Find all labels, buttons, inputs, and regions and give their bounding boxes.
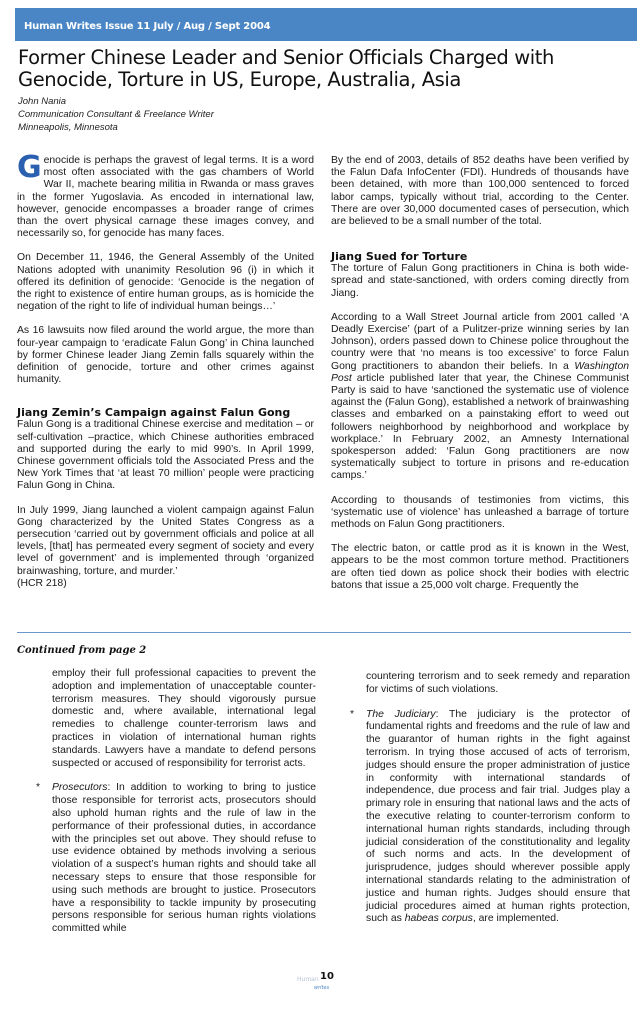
paragraph: The torture of Falun Gong practitioners …	[331, 263, 629, 300]
bullet-term: The Judiciary	[366, 709, 436, 720]
author-name: John Nania	[18, 95, 214, 108]
paragraph: On December 11, 1946, the General Assemb…	[17, 252, 314, 313]
issue-header-text: Human Writes Issue 11 July / Aug / Sept …	[24, 21, 270, 32]
paragraph: countering terrorism and to seek remedy …	[366, 671, 630, 697]
byline: John Nania Communication Consultant & Fr…	[18, 95, 214, 134]
bullet-marker: *	[350, 709, 354, 722]
continued-label: Continued from page 2	[17, 645, 146, 656]
intro-paragraph: Genocide is perhaps the gravest of legal…	[17, 155, 314, 240]
bullet-item-judiciary: *The Judiciary: The judiciary is the pro…	[366, 709, 630, 927]
continued-right-column: countering terrorism and to seek remedy …	[366, 671, 630, 938]
bullet-term: Prosecutors	[52, 782, 107, 793]
paragraph: As 16 lawsuits now filed around the worl…	[17, 325, 314, 386]
section-heading: Jiang Zemin’s Campaign against Falun Gon…	[17, 406, 314, 419]
bullet-item-prosecutors: *Prosecutors: In addition to working to …	[52, 782, 316, 936]
author-location: Minneapolis, Minnesota	[18, 121, 214, 134]
reference: (HCR 218)	[17, 578, 67, 589]
paragraph: The electric baton, or cattle prod as it…	[331, 543, 629, 592]
section-divider	[17, 632, 631, 633]
footer-logo-sub: writes	[314, 985, 329, 991]
article-left-column: Genocide is perhaps the gravest of legal…	[17, 155, 314, 590]
article-title: Former Chinese Leader and Senior Officia…	[18, 47, 633, 91]
paragraph: By the end of 2003, details of 852 death…	[331, 155, 629, 228]
paragraph: In July 1999, Jiang launched a violent c…	[17, 505, 314, 590]
article-right-column: By the end of 2003, details of 852 death…	[331, 155, 629, 604]
author-role: Communication Consultant & Freelance Wri…	[18, 108, 214, 121]
continued-left-column: employ their full professional capacitie…	[52, 668, 316, 948]
section-heading: Jiang Sued for Torture	[331, 250, 629, 263]
paragraph: Falun Gong is a traditional Chinese exer…	[17, 419, 314, 492]
footer-logo: Human	[297, 976, 319, 983]
paragraph: According to a Wall Street Journal artic…	[331, 312, 629, 483]
bullet-marker: *	[36, 782, 40, 795]
paragraph: According to thousands of testimonies fr…	[331, 495, 629, 532]
paragraph: employ their full professional capacitie…	[52, 668, 316, 770]
page-number: 10	[320, 971, 334, 982]
drop-cap: G	[17, 156, 42, 180]
